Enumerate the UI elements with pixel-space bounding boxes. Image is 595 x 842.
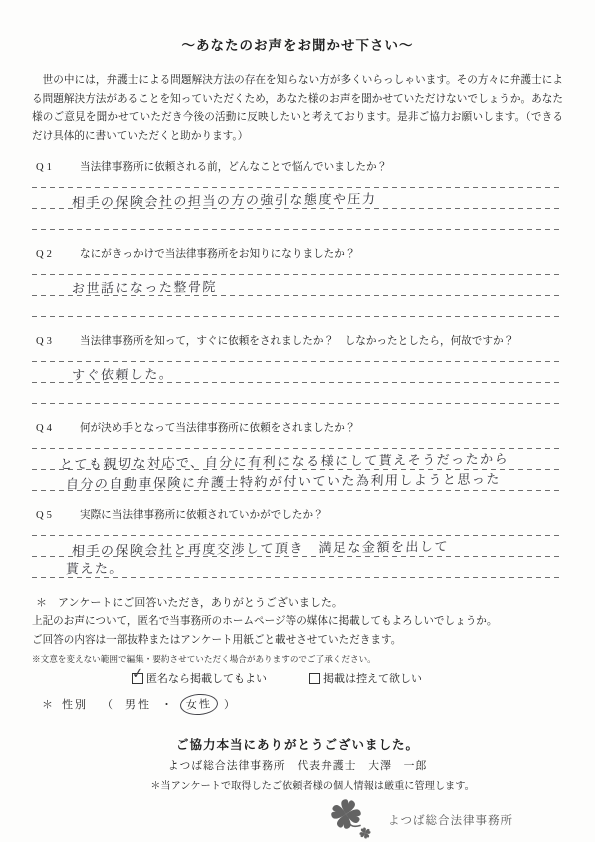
answer-area: とても親切な対応で、自分に有利になる様にして貰えそうだったから 自分の自動車保険… [32,448,563,494]
question-row: Q2 なにがきっかけで当法律事務所をお知りになりましたか？ [32,247,563,263]
asterisk-marker: ＊ [42,696,62,712]
question-row: Q5 実際に当法律事務所に依頼されていかがでしたか？ [32,508,563,524]
handwritten-answer: すぐ依頼した。 [72,363,174,383]
page-title: ～あなたのお声をお聞かせ下さい～ [32,34,563,54]
handwritten-answer: お世話になった整骨院 [72,276,218,297]
gender-row: ＊性別（男性・女性） [42,694,563,715]
privacy-note: ＊当アンケートで取得したご依頼者様の個人情報は厳重に管理します。 [32,777,563,792]
question-text: 何が決め手となって当法律事務所に依頼をされましたか？ [80,421,563,437]
question-text: 当法律事務所に依頼される前，どんなことで悩んでいましたか？ [80,160,563,176]
consent-options-row: ✓ 匿名なら掲載してもよい 掲載は控えて欲しい [132,670,563,686]
survey-thanks-note: ＊アンケートにご回答いただき，ありがとうございました。 [32,595,563,612]
answer-rule-line [32,577,561,578]
question-label: Q5 [32,508,80,524]
answer-rule-line [32,274,561,275]
question-row: Q3 当法律事務所を知って，すぐに依頼をされましたか？ しなかったとしたら，何故… [32,334,563,350]
firm-representative-line: よつば総合法律事務所 代表弁護士 大澤 一郎 [32,758,563,773]
consent-option-label: 掲載は控えて欲しい [323,670,422,686]
handwritten-answer: 貰えた。 [66,558,125,578]
publish-request-line1: 上記のお声について，匿名で当事務所のホームページ等の媒体に掲載してもよろしいでし… [32,613,563,631]
consent-option-no-publish: 掲載は控えて欲しい [309,670,422,686]
edit-disclaimer: ※文意を変えない範囲で編集・要約させていただく場合がありますのでご了承ください。 [32,653,563,665]
answer-rule-line [32,535,561,536]
question-text: 実際に当法律事務所に依頼されていかがでしたか？ [80,508,563,524]
question-row: Q1 当法律事務所に依頼される前，どんなことで悩んでいましたか？ [32,160,563,176]
question-label: Q1 [32,160,80,176]
consent-option-anonymous-ok: ✓ 匿名なら掲載してもよい [132,670,267,686]
question-row: Q4 何が決め手となって当法律事務所に依頼をされましたか？ [32,421,563,437]
handwritten-check-mark: ✓ [131,665,145,682]
close-paren: ） [224,699,237,711]
consent-option-label: 匿名なら掲載してもよい [146,670,267,686]
gender-option-male: 男性 [125,699,151,711]
scanned-questionnaire-page: ～あなたのお声をお聞かせ下さい～ 世の中には，弁護士による問題解決方法の存在を知… [0,0,595,842]
intro-paragraph: 世の中には，弁護士による問題解決方法の存在を知らない方が多くいらっしゃいます。そ… [32,72,563,146]
question-block-q5: Q5 実際に当法律事務所に依頼されていかがでしたか？ 相手の保険会社と再度交渉し… [32,508,563,581]
question-block-q3: Q3 当法律事務所を知って，すぐに依頼をされましたか？ しなかったとしたら，何故… [32,334,563,407]
handwritten-answer: 自分の自動車保険に弁護士特約が付いていた為利用しようと思った [66,468,502,492]
footer-thanks: ご協力本当にありがとうございました。 [32,735,563,753]
asterisk-marker: ＊ [32,595,58,612]
answer-area: すぐ依頼した。 [32,361,563,407]
gender-separator: ・ [161,699,174,711]
publish-request-line2: ご回答の内容は一部抜粋またはアンケート用紙ごと載せさせていただきます。 [32,632,563,650]
question-text: 当法律事務所を知って，すぐに依頼をされましたか？ しなかったとしたら，何故ですか… [80,334,563,350]
firm-logo-row: よつば総合法律事務所 [32,798,563,842]
checkbox-checked-icon: ✓ [132,673,143,684]
gender-label: 性別 [62,699,88,711]
answer-rule-line [32,187,561,188]
question-block-q1: Q1 当法律事務所に依頼される前，どんなことで悩んでいましたか？ 相手の保険会社… [32,160,563,233]
answer-rule-line [32,361,561,362]
survey-thanks-text: アンケートにご回答いただき，ありがとうございました。 [58,597,343,609]
question-label: Q2 [32,247,80,263]
question-block-q2: Q2 なにがきっかけで当法律事務所をお知りになりましたか？ お世話になった整骨院 [32,247,563,320]
answer-area: お世話になった整骨院 [32,274,563,320]
answer-area: 相手の保険会社と再度交渉して頂き 満足な金額を出して 貰えた。 [32,535,563,581]
closing-section: ＊アンケートにご回答いただき，ありがとうございました。 上記のお声について，匿名… [32,595,563,715]
firm-logo-text: よつば総合法律事務所 [388,812,513,828]
question-label: Q3 [32,334,80,350]
clover-logo-icon [328,798,374,842]
question-label: Q4 [32,421,80,437]
checkbox-unchecked-icon [309,673,320,684]
open-paren: （ [102,699,115,711]
question-block-q4: Q4 何が決め手となって当法律事務所に依頼をされましたか？ とても親切な対応で、… [32,421,563,494]
answer-rule-line [32,229,561,230]
answer-rule-line [32,316,561,317]
handwritten-answer: 相手の保険会社の担当の方の強引な態度や圧力 [72,188,377,211]
gender-option-female-circled: 女性 [179,693,218,717]
question-text: なにがきっかけで当法律事務所をお知りになりましたか？ [80,247,563,263]
answer-rule-line [32,403,561,404]
answer-area: 相手の保険会社の担当の方の強引な態度や圧力 [32,187,563,233]
